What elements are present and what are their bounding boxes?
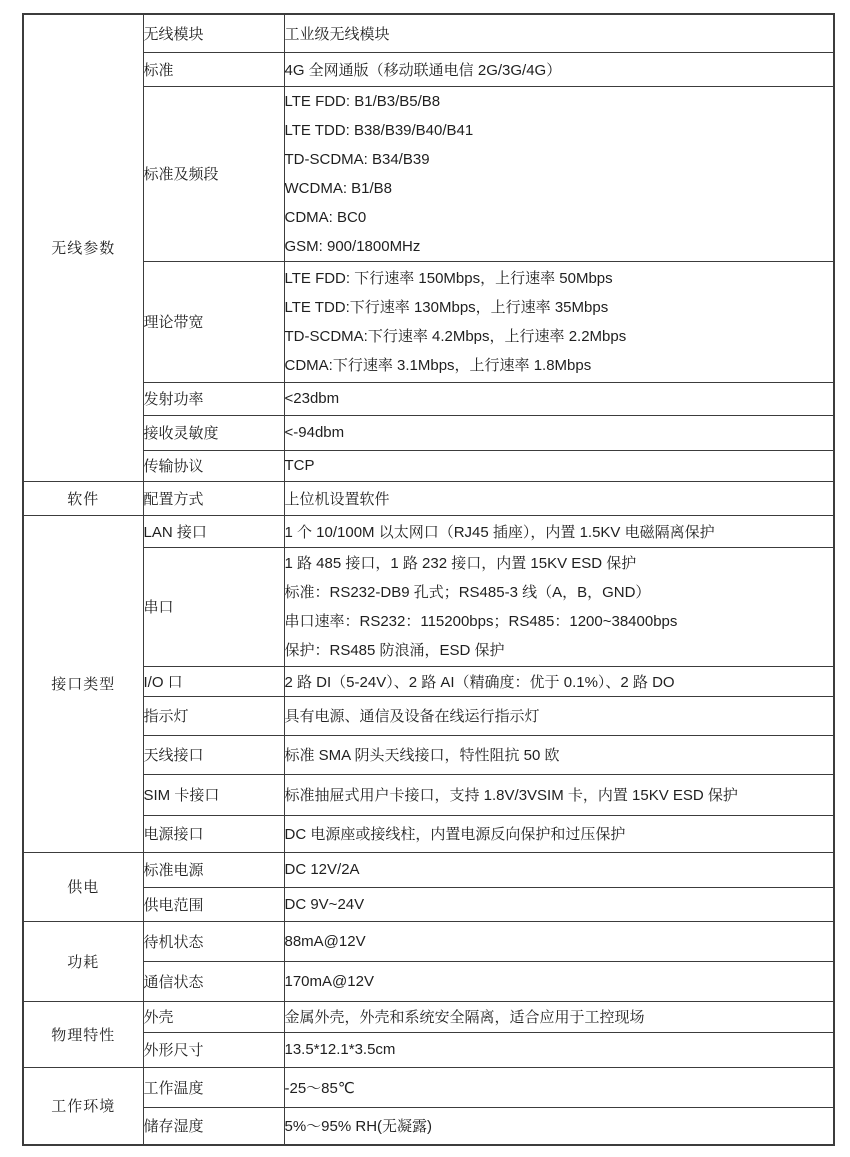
value-line: LTE TDD:下行速率 130Mbps，上行速率 35Mbps bbox=[285, 293, 834, 322]
table-row: 传输协议 TCP bbox=[23, 450, 834, 481]
value-antenna-port: 标准 SMA 阴头天线接口，特性阻抗 50 欧 bbox=[284, 735, 834, 774]
value-enclosure: 金属外壳，外壳和系统安全隔离，适合应用于工控现场 bbox=[284, 1001, 834, 1032]
value-line: GSM: 900/1800MHz bbox=[285, 232, 834, 261]
table-row: 供电范围 DC 9V~24V bbox=[23, 887, 834, 921]
value-line: 标准：RS232-DB9 孔式；RS485-3 线（A，B，GND） bbox=[285, 578, 834, 607]
value-io-port: 2 路 DI（5-24V）、2 路 AI（精确度：优于 0.1%）、2 路 DO bbox=[284, 666, 834, 696]
value-line: LTE FDD: B1/B3/B5/B8 bbox=[285, 87, 834, 116]
value-operating-temp: -25～85℃ bbox=[284, 1067, 834, 1107]
category-physical: 物理特性 bbox=[23, 1001, 143, 1067]
value-line: 1 路 485 接口，1 路 232 接口，内置 15KV ESD 保护 bbox=[285, 549, 834, 578]
table-row: 指示灯 具有电源、通信及设备在线运行指示灯 bbox=[23, 696, 834, 735]
param-standard-power: 标准电源 bbox=[143, 852, 284, 887]
param-standby-current: 待机状态 bbox=[143, 921, 284, 961]
value-line: 保护：RS485 防浪涌，ESD 保护 bbox=[285, 636, 834, 665]
value-wireless-module: 工业级无线模块 bbox=[284, 14, 834, 52]
table-row: I/O 口 2 路 DI（5-24V）、2 路 AI（精确度：优于 0.1%）、… bbox=[23, 666, 834, 696]
category-environment: 工作环境 bbox=[23, 1067, 143, 1145]
value-line: TD-SCDMA: B34/B39 bbox=[285, 145, 834, 174]
table-row: 功耗 待机状态 88mA@12V bbox=[23, 921, 834, 961]
param-dimensions: 外形尺寸 bbox=[143, 1032, 284, 1067]
value-line: CDMA:下行速率 3.1Mbps，上行速率 1.8Mbps bbox=[285, 351, 834, 380]
param-enclosure: 外壳 bbox=[143, 1001, 284, 1032]
table-row: 理论带宽 LTE FDD: 下行速率 150Mbps，上行速率 50Mbps L… bbox=[23, 261, 834, 382]
category-wireless-params: 无线参数 bbox=[23, 14, 143, 481]
value-theoretical-bandwidth: LTE FDD: 下行速率 150Mbps，上行速率 50Mbps LTE TD… bbox=[284, 261, 834, 382]
param-serial-port: 串口 bbox=[143, 547, 284, 666]
value-line: WCDMA: B1/B8 bbox=[285, 174, 834, 203]
value-power-range: DC 9V~24V bbox=[284, 887, 834, 921]
value-config-method: 上位机设置软件 bbox=[284, 481, 834, 515]
param-indicator-leds: 指示灯 bbox=[143, 696, 284, 735]
table-row: 接收灵敏度 <-94dbm bbox=[23, 415, 834, 450]
value-line: LTE FDD: 下行速率 150Mbps，上行速率 50Mbps bbox=[285, 264, 834, 293]
param-power-range: 供电范围 bbox=[143, 887, 284, 921]
table-row: 软件 配置方式 上位机设置软件 bbox=[23, 481, 834, 515]
value-lan-port: 1 个 10/100M 以太网口（RJ45 插座），内置 1.5KV 电磁隔离保… bbox=[284, 515, 834, 547]
table-row: 物理特性 外壳 金属外壳，外壳和系统安全隔离，适合应用于工控现场 bbox=[23, 1001, 834, 1032]
table-row: 储存湿度 5%～95% RH(无凝露) bbox=[23, 1107, 834, 1145]
value-line: CDMA: BC0 bbox=[285, 203, 834, 232]
category-power-consumption: 功耗 bbox=[23, 921, 143, 1001]
value-comm-current: 170mA@12V bbox=[284, 961, 834, 1001]
table-row: 电源接口 DC 电源座或接线柱，内置电源反向保护和过压保护 bbox=[23, 815, 834, 852]
value-indicator-leds: 具有电源、通信及设备在线运行指示灯 bbox=[284, 696, 834, 735]
param-lan-port: LAN 接口 bbox=[143, 515, 284, 547]
table-row: 通信状态 170mA@12V bbox=[23, 961, 834, 1001]
param-power-port: 电源接口 bbox=[143, 815, 284, 852]
value-power-port: DC 电源座或接线柱，内置电源反向保护和过压保护 bbox=[284, 815, 834, 852]
value-transport-protocol: TCP bbox=[284, 450, 834, 481]
param-sim-card-port: SIM 卡接口 bbox=[143, 774, 284, 815]
param-storage-humidity: 储存湿度 bbox=[143, 1107, 284, 1145]
value-standards-and-bands: LTE FDD: B1/B3/B5/B8 LTE TDD: B38/B39/B4… bbox=[284, 86, 834, 261]
spec-table: 无线参数 无线模块 工业级无线模块 标准 4G 全网通版（移动联通电信 2G/3… bbox=[22, 13, 835, 1146]
param-antenna-port: 天线接口 bbox=[143, 735, 284, 774]
table-row: SIM 卡接口 标准抽屉式用户卡接口，支持 1.8V/3VSIM 卡，内置 15… bbox=[23, 774, 834, 815]
value-transmit-power: <23dbm bbox=[284, 382, 834, 415]
param-wireless-module: 无线模块 bbox=[143, 14, 284, 52]
value-line: LTE TDD: B38/B39/B40/B41 bbox=[285, 116, 834, 145]
value-sim-card-port: 标准抽屉式用户卡接口，支持 1.8V/3VSIM 卡，内置 15KV ESD 保… bbox=[284, 774, 834, 815]
category-software: 软件 bbox=[23, 481, 143, 515]
param-standards-and-bands: 标准及频段 bbox=[143, 86, 284, 261]
param-transmit-power: 发射功率 bbox=[143, 382, 284, 415]
param-operating-temp: 工作温度 bbox=[143, 1067, 284, 1107]
param-comm-current: 通信状态 bbox=[143, 961, 284, 1001]
param-receive-sensitivity: 接收灵敏度 bbox=[143, 415, 284, 450]
table-row: 标准 4G 全网通版（移动联通电信 2G/3G/4G） bbox=[23, 52, 834, 86]
category-power-supply: 供电 bbox=[23, 852, 143, 921]
param-config-method: 配置方式 bbox=[143, 481, 284, 515]
table-row: 无线参数 无线模块 工业级无线模块 bbox=[23, 14, 834, 52]
table-row: 供电 标准电源 DC 12V/2A bbox=[23, 852, 834, 887]
table-row: 工作环境 工作温度 -25～85℃ bbox=[23, 1067, 834, 1107]
category-interface-types: 接口类型 bbox=[23, 515, 143, 852]
value-standby-current: 88mA@12V bbox=[284, 921, 834, 961]
table-row: 天线接口 标准 SMA 阴头天线接口，特性阻抗 50 欧 bbox=[23, 735, 834, 774]
table-row: 发射功率 <23dbm bbox=[23, 382, 834, 415]
value-storage-humidity: 5%～95% RH(无凝露) bbox=[284, 1107, 834, 1145]
table-row: 串口 1 路 485 接口，1 路 232 接口，内置 15KV ESD 保护 … bbox=[23, 547, 834, 666]
param-standard: 标准 bbox=[143, 52, 284, 86]
table-row: 标准及频段 LTE FDD: B1/B3/B5/B8 LTE TDD: B38/… bbox=[23, 86, 834, 261]
value-standard: 4G 全网通版（移动联通电信 2G/3G/4G） bbox=[284, 52, 834, 86]
table-row: 接口类型 LAN 接口 1 个 10/100M 以太网口（RJ45 插座），内置… bbox=[23, 515, 834, 547]
param-transport-protocol: 传输协议 bbox=[143, 450, 284, 481]
value-receive-sensitivity: <-94dbm bbox=[284, 415, 834, 450]
value-dimensions: 13.5*12.1*3.5cm bbox=[284, 1032, 834, 1067]
value-serial-port: 1 路 485 接口，1 路 232 接口，内置 15KV ESD 保护 标准：… bbox=[284, 547, 834, 666]
value-line: 串口速率：RS232：115200bps；RS485：1200~38400bps bbox=[285, 607, 834, 636]
param-io-port: I/O 口 bbox=[143, 666, 284, 696]
param-theoretical-bandwidth: 理论带宽 bbox=[143, 261, 284, 382]
value-line: TD-SCDMA:下行速率 4.2Mbps，上行速率 2.2Mbps bbox=[285, 322, 834, 351]
value-standard-power: DC 12V/2A bbox=[284, 852, 834, 887]
table-row: 外形尺寸 13.5*12.1*3.5cm bbox=[23, 1032, 834, 1067]
